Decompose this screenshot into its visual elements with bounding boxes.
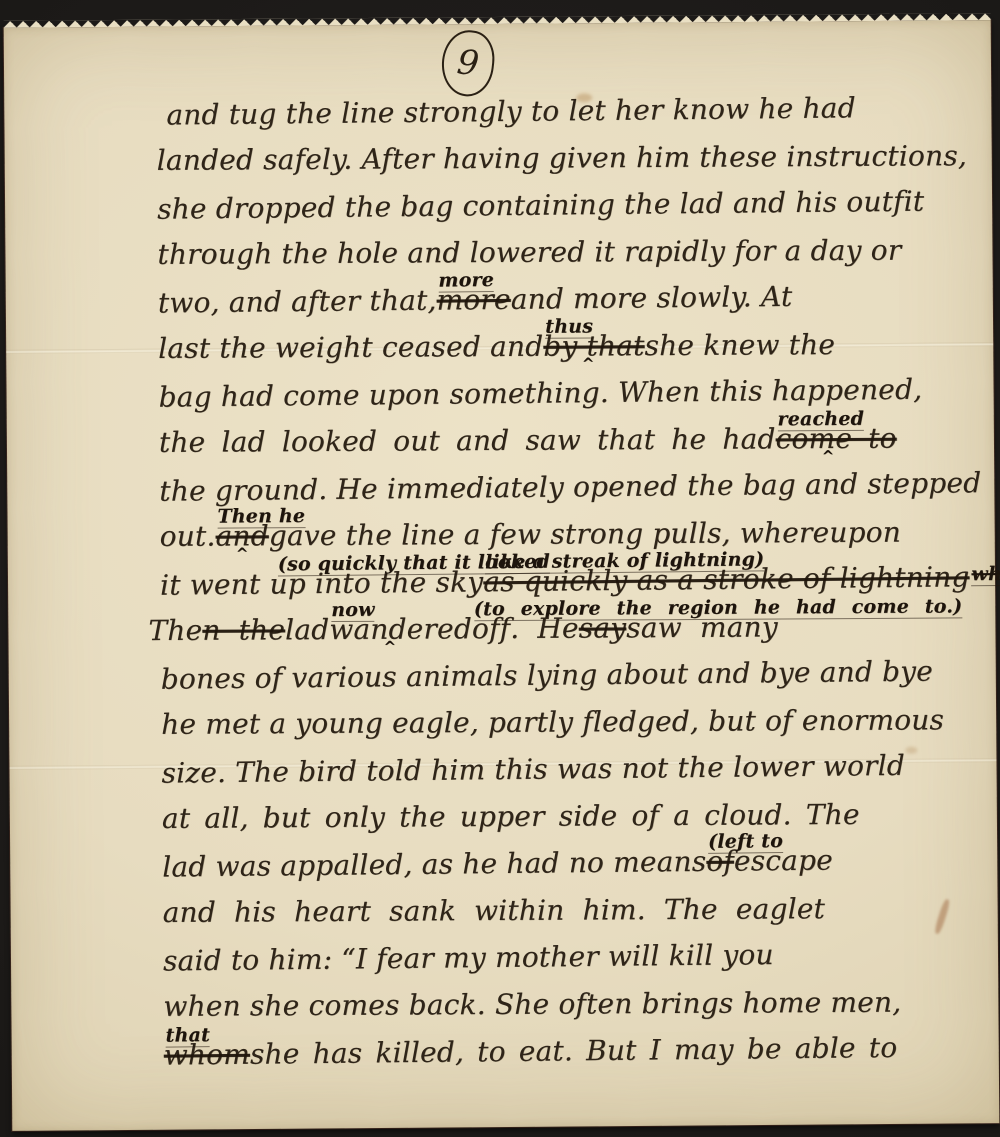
manuscript-line-3: she dropped the bag containing the lad a… — [157, 186, 924, 226]
text-run: she dropped the bag containing the lad a… — [157, 185, 924, 226]
text-run: The — [148, 614, 202, 647]
text-run: escape — [734, 844, 833, 878]
text-run: lad was appalled, as he had no means — [162, 845, 706, 884]
manuscript-line-17: lad was appalled, as he had no means of(… — [162, 845, 833, 884]
struck-text: come toreached^ — [776, 423, 897, 456]
text-segment: saw many — [626, 611, 778, 644]
text-segment: when she comes back. She often brings ho… — [163, 987, 901, 1023]
caret-mark: ^ — [236, 547, 249, 562]
text-run: through the hole and lowered it rapidly … — [157, 234, 901, 271]
inserted-text: more — [438, 271, 494, 293]
manuscript-page: 9 and tug the line strongly to let her k… — [4, 20, 1000, 1131]
text-run: gave the line a few strong pulls, whereu… — [269, 516, 901, 553]
text-segment: the ground. He immediately opened the ba… — [159, 467, 981, 508]
inserted-text: thus — [545, 317, 593, 338]
text-run: lad — [285, 613, 329, 646]
struck-text: of(left to — [706, 846, 734, 878]
text-run: said to him: “I fear my mother will kill… — [163, 938, 774, 977]
text-run: when she comes back. She often brings ho… — [163, 986, 901, 1023]
manuscript-line-4: through the hole and lowered it rapidly … — [157, 235, 901, 271]
text-run: . He — [510, 612, 579, 645]
text-segment: it went up into the sky (so quickly that… — [160, 566, 484, 602]
manuscript-line-8: the lad looked out and saw that he had c… — [159, 423, 897, 459]
text-run: size. The bird told him this was not the… — [161, 749, 905, 790]
manuscript-line-21: whomthat she has killed, to eat. But I m… — [164, 1032, 898, 1072]
inserted-text: like a streak of lightning) — [485, 550, 764, 574]
text-segment: lad was appalled, as he had no means — [162, 846, 706, 884]
text-run: n the — [202, 613, 285, 646]
struck-text: moremore — [436, 284, 511, 317]
text-segment: wandered now^ — [329, 613, 472, 646]
inserted-text: that — [165, 1026, 210, 1047]
text-segment: she dropped the bag containing the lad a… — [157, 186, 924, 226]
inserted-text: when — [971, 565, 1000, 587]
manuscript-line-12: Then the lad wandered now^off(to explore… — [148, 611, 778, 647]
text-segment: out. — [160, 521, 216, 554]
text-run: and tug the line strongly to let her kno… — [166, 91, 856, 131]
text-segment: gave the line a few strong pulls, whereu… — [269, 517, 901, 553]
text-run: saw many — [626, 610, 778, 644]
text-run: out. — [160, 520, 216, 553]
text-segment: size. The bird told him this was not the… — [161, 750, 905, 790]
text-segment: she has killed, to eat. But I may be abl… — [250, 1032, 898, 1071]
manuscript-text: and tug the line strongly to let her kno… — [4, 20, 1000, 1131]
text-run: she has killed, to eat. But I may be abl… — [250, 1031, 898, 1071]
manuscript-line-20: when she comes back. She often brings ho… — [163, 987, 901, 1023]
manuscript-line-10: out. andThen he^ gave the line a few str… — [160, 517, 901, 553]
text-segment: she knew the — [644, 329, 835, 362]
manuscript-line-1: and tug the line strongly to let her kno… — [166, 92, 856, 131]
text-segment: off(to explore the region he had come to… — [472, 613, 510, 645]
manuscript-line-5: two, and after that, moremore and more s… — [158, 281, 793, 320]
manuscript-line-13: bones of various animals lying about and… — [161, 656, 934, 696]
struck-text: andThen he^ — [215, 520, 268, 552]
text-segment: and tug the line strongly to let her kno… — [166, 92, 856, 131]
manuscript-line-14: he met a young eagle, partly fledged, bu… — [161, 704, 944, 741]
text-run: and his heart sank within him. The eagle… — [163, 892, 826, 929]
manuscript-line-2: landed safely. After having given him th… — [157, 140, 967, 177]
text-segment: bones of various animals lying about and… — [161, 656, 934, 696]
inserted-text: reached — [777, 410, 864, 431]
manuscript-line-15: size. The bird told him this was not the… — [161, 750, 905, 790]
text-segment: and his heart sank within him. The eagle… — [163, 893, 826, 929]
text-segment: escape — [734, 845, 833, 878]
text-segment: last the weight ceased and — [158, 331, 543, 365]
text-segment: The — [148, 615, 202, 647]
text-run: he met a young eagle, partly fledged, bu… — [161, 703, 944, 741]
text-segment: landed safely. After having given him th… — [157, 140, 967, 177]
scan-background: 9 and tug the line strongly to let her k… — [0, 0, 1000, 1137]
text-segment: the lad looked out and saw that he had — [159, 423, 776, 459]
inserted-text: now — [331, 601, 375, 622]
text-run: the ground. He immediately opened the ba… — [159, 466, 981, 508]
text-run: two, and after that, — [158, 284, 437, 320]
text-run: last the weight ceased and — [158, 330, 543, 365]
text-segment: through the hole and lowered it rapidly … — [157, 235, 901, 271]
struck-text: n the — [202, 614, 285, 647]
text-segment: lad — [285, 614, 329, 646]
manuscript-line-18: and his heart sank within him. The eagle… — [163, 893, 826, 929]
caret-mark: ^ — [582, 357, 595, 372]
text-run: bones of various animals lying about and… — [161, 655, 934, 696]
struck-text: as quickly as a stroke of lightninglike … — [483, 561, 970, 598]
struck-text: whomthat — [164, 1039, 251, 1072]
text-run: the lad looked out and saw that he had — [159, 422, 776, 459]
text-segment: he met a young eagle, partly fledged, bu… — [161, 704, 944, 741]
text-run: and more slowly. At — [511, 280, 793, 316]
manuscript-line-6: last the weight ceased and by thatthus^ … — [158, 329, 835, 365]
text-segment: said to him: “I fear my mother will kill… — [163, 939, 774, 978]
manuscript-line-19: said to him: “I fear my mother will kill… — [163, 939, 774, 978]
text-segment: and more slowly. At — [511, 281, 793, 316]
text-run: say — [579, 611, 627, 644]
text-segment: . He — [510, 613, 579, 646]
text-run: she knew the — [644, 328, 835, 362]
caret-mark: ^ — [822, 449, 835, 464]
caret-mark: ^ — [384, 640, 397, 655]
text-segment: two, and after that, — [158, 285, 437, 320]
struck-text: say — [579, 612, 627, 644]
manuscript-line-9: the ground. He immediately opened the ba… — [159, 467, 981, 508]
text-run: landed safely. After having given him th… — [157, 139, 967, 177]
struck-text: by thatthus^ — [543, 330, 644, 363]
